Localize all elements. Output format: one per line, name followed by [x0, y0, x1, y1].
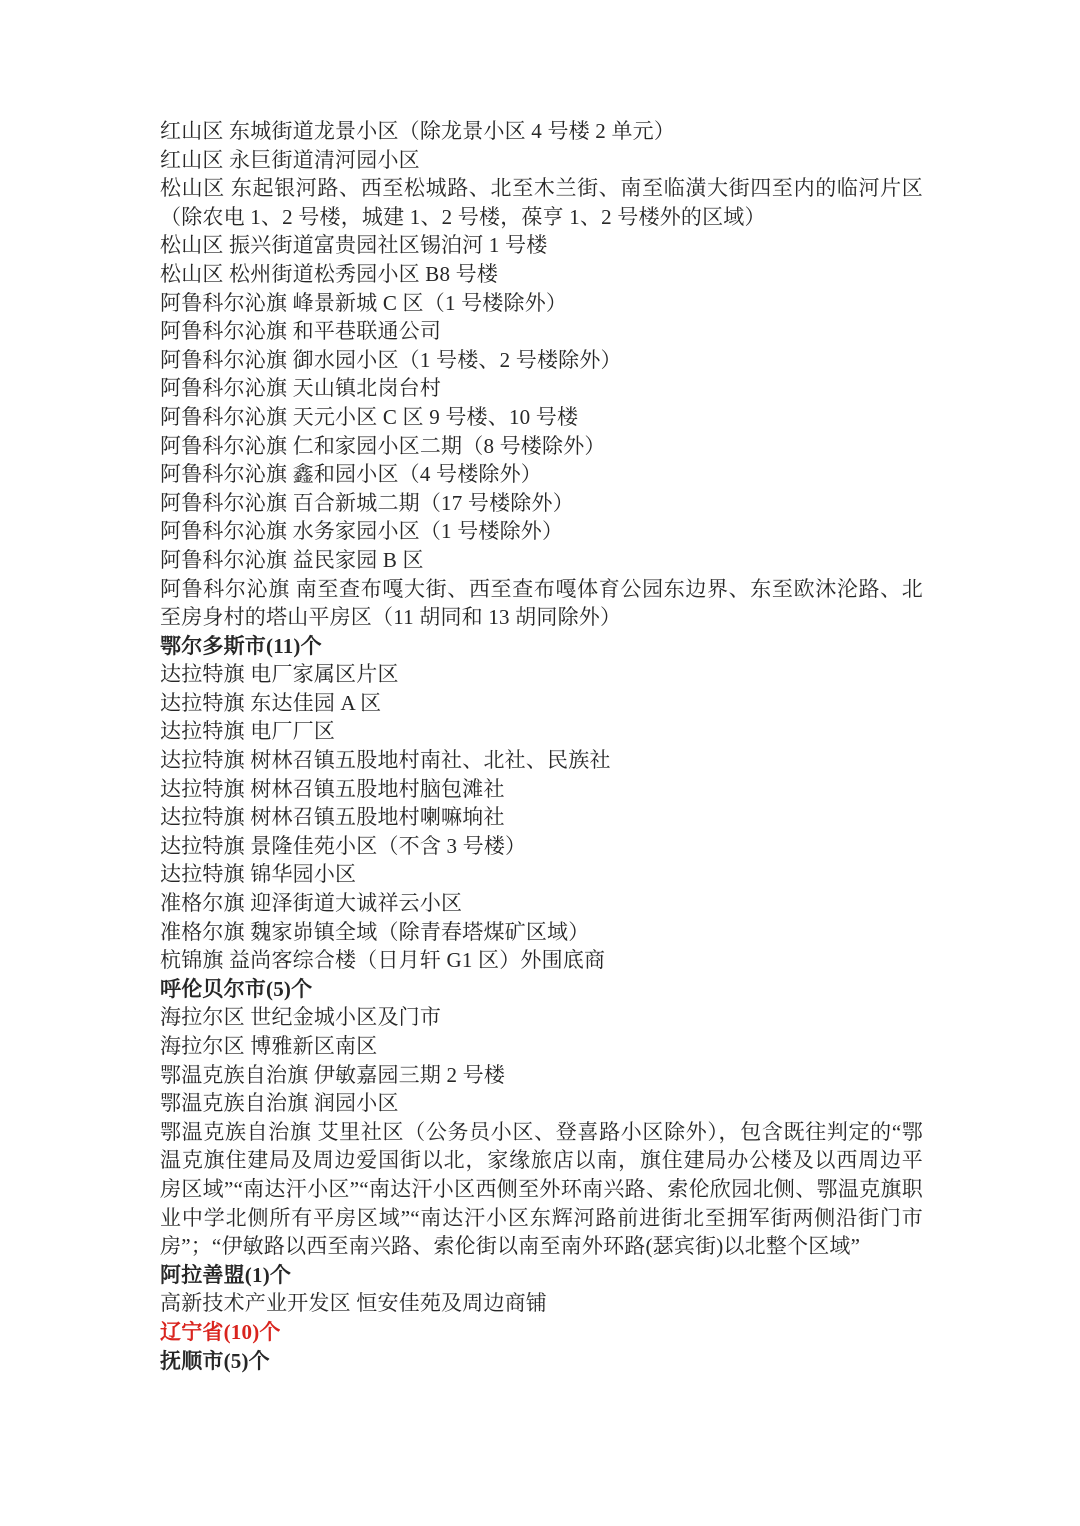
- area-line: 准格尔旗 魏家峁镇全域（除青春塔煤矿区域）: [160, 918, 923, 947]
- area-line: 阿鲁科尔沁旗 南至查布嘎大街、西至查布嘎体育公园东边界、东至欧沐沦路、北至房身村…: [160, 575, 923, 632]
- area-line: 高新技术产业开发区 恒安佳苑及周边商铺: [160, 1289, 923, 1318]
- area-line: 阿鲁科尔沁旗 仁和家园小区二期（8 号楼除外）: [160, 432, 923, 461]
- area-line: 阿鲁科尔沁旗 天山镇北岗台村: [160, 374, 923, 403]
- area-line: 鄂温克族自治旗 艾里社区（公务员小区、登喜路小区除外），包含既往判定的“鄂温克旗…: [160, 1118, 923, 1261]
- area-line: 达拉特旗 树林召镇五股地村南社、北社、民族社: [160, 746, 923, 775]
- area-line: 达拉特旗 东达佳园 A 区: [160, 689, 923, 718]
- area-line: 阿鲁科尔沁旗 和平巷联通公司: [160, 317, 923, 346]
- city-heading: 呼伦贝尔市(5)个: [160, 975, 923, 1004]
- area-line: 红山区 永巨街道清河园小区: [160, 146, 923, 175]
- city-heading: 阿拉善盟(1)个: [160, 1261, 923, 1290]
- area-line: 达拉特旗 树林召镇五股地村喇嘛垧社: [160, 803, 923, 832]
- area-line: 海拉尔区 博雅新区南区: [160, 1032, 923, 1061]
- city-heading: 鄂尔多斯市(11)个: [160, 632, 923, 661]
- area-line: 达拉特旗 景隆佳苑小区（不含 3 号楼）: [160, 832, 923, 861]
- area-line: 达拉特旗 电厂家属区片区: [160, 660, 923, 689]
- area-line: 鄂温克族自治旗 伊敏嘉园三期 2 号楼: [160, 1061, 923, 1090]
- area-line: 阿鲁科尔沁旗 御水园小区（1 号楼、2 号楼除外）: [160, 346, 923, 375]
- area-line: 阿鲁科尔沁旗 水务家园小区（1 号楼除外）: [160, 517, 923, 546]
- document-page: 红山区 东城街道龙景小区（除龙景小区 4 号楼 2 单元）红山区 永巨街道清河园…: [0, 0, 1080, 1526]
- city-heading: 抚顺市(5)个: [160, 1347, 923, 1376]
- area-line: 达拉特旗 锦华园小区: [160, 860, 923, 889]
- area-line: 松山区 松州街道松秀园小区 B8 号楼: [160, 260, 923, 289]
- area-line: 准格尔旗 迎泽街道大诚祥云小区: [160, 889, 923, 918]
- area-line: 松山区 东起银河路、西至松城路、北至木兰街、南至临潢大街四至内的临河片区（除农电…: [160, 174, 923, 231]
- area-line: 阿鲁科尔沁旗 鑫和园小区（4 号楼除外）: [160, 460, 923, 489]
- area-line: 阿鲁科尔沁旗 百合新城二期（17 号楼除外）: [160, 489, 923, 518]
- area-line: 海拉尔区 世纪金城小区及门市: [160, 1003, 923, 1032]
- area-line: 杭锦旗 益尚客综合楼（日月轩 G1 区）外围底商: [160, 946, 923, 975]
- area-line: 红山区 东城街道龙景小区（除龙景小区 4 号楼 2 单元）: [160, 117, 923, 146]
- area-line: 阿鲁科尔沁旗 峰景新城 C 区（1 号楼除外）: [160, 289, 923, 318]
- area-line: 阿鲁科尔沁旗 天元小区 C 区 9 号楼、10 号楼: [160, 403, 923, 432]
- province-heading: 辽宁省(10)个: [160, 1318, 923, 1347]
- document-content: 红山区 东城街道龙景小区（除龙景小区 4 号楼 2 单元）红山区 永巨街道清河园…: [160, 117, 923, 1375]
- area-line: 鄂温克族自治旗 润园小区: [160, 1089, 923, 1118]
- area-line: 达拉特旗 电厂厂区: [160, 717, 923, 746]
- area-line: 达拉特旗 树林召镇五股地村脑包滩社: [160, 775, 923, 804]
- area-line: 阿鲁科尔沁旗 益民家园 B 区: [160, 546, 923, 575]
- area-line: 松山区 振兴街道富贵园社区锡泊河 1 号楼: [160, 231, 923, 260]
